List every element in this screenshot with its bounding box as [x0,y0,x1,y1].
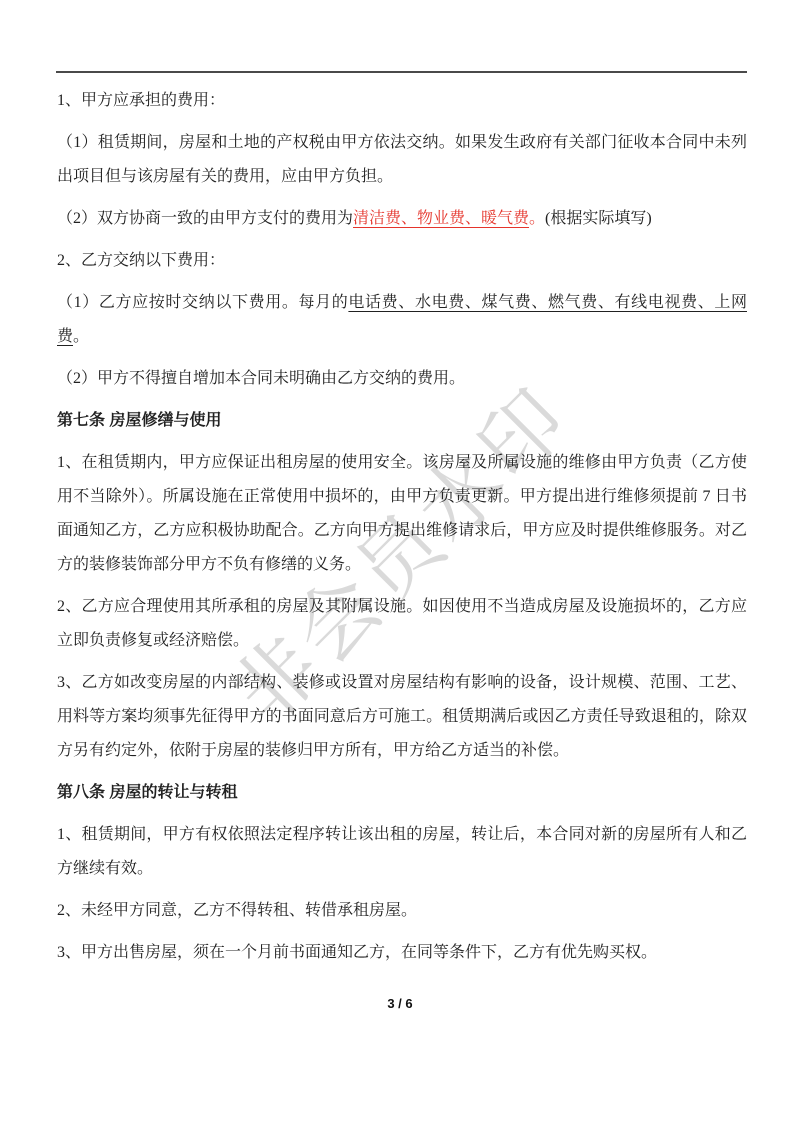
paragraph: 2、乙方交纳以下费用： [57,244,747,278]
page-number: 3 / 6 [0,996,800,1011]
header-rule [56,71,747,73]
paragraph: 1、租赁期间，甲方有权依照法定程序转让该出租的房屋，转让后，本合同对新的房屋所有… [57,818,747,886]
text-run: 第八条 房屋的转让与转租 [57,784,237,801]
text-run: 。 [73,328,89,345]
text-run: 1、甲方应承担的费用： [57,92,225,109]
section-heading: 第七条 房屋修缮与使用 [57,404,747,438]
text-run: 2、未经甲方同意，乙方不得转租、转借承租房屋。 [57,902,417,919]
text-run: 2、乙方交纳以下费用： [57,252,225,269]
paragraph: 2、未经甲方同意，乙方不得转租、转借承租房屋。 [57,894,747,928]
paragraph: 3、乙方如改变房屋的内部结构、装修或设置对房屋结构有影响的设备，设计规模、范围、… [57,666,747,768]
text-run: 3、甲方出售房屋，须在一个月前书面通知乙方，在同等条件下，乙方有优先购买权。 [57,944,657,961]
text-run: 第七条 房屋修缮与使用 [57,412,221,429]
text-run: 1、租赁期间，甲方有权依照法定程序转让该出租的房屋，转让后，本合同对新的房屋所有… [57,826,747,877]
text-run: （1）乙方应按时交纳以下费用。每月的 [57,294,348,311]
filled-in-blank-text: 清洁费、物业费、暖气费 [353,210,529,227]
section-heading: 第八条 房屋的转让与转租 [57,776,747,810]
paragraph: 3、甲方出售房屋，须在一个月前书面通知乙方，在同等条件下，乙方有优先购买权。 [57,936,747,970]
contract-document-page: 非会员水印 1、甲方应承担的费用：（1）租赁期间，房屋和土地的产权税由甲方依法交… [0,0,800,1131]
document-body: 1、甲方应承担的费用：（1）租赁期间，房屋和土地的产权税由甲方依法交纳。如果发生… [57,84,747,978]
paragraph: （1）租赁期间，房屋和土地的产权税由甲方依法交纳。如果发生政府有关部门征收本合同… [57,126,747,194]
text-run: （1）租赁期间，房屋和土地的产权税由甲方依法交纳。如果发生政府有关部门征收本合同… [57,134,747,185]
text-run: 2、乙方应合理使用其所承租的房屋及其附属设施。如因使用不当造成房屋及设施损坏的，… [57,598,747,649]
text-run: 1、在租赁期内，甲方应保证出租房屋的使用安全。该房屋及所属设施的维修由甲方负责（… [57,454,747,573]
paragraph: （2）甲方不得擅自增加本合同未明确由乙方交纳的费用。 [57,362,747,396]
paragraph: 2、乙方应合理使用其所承租的房屋及其附属设施。如因使用不当造成房屋及设施损坏的，… [57,590,747,658]
text-run: (根据实际填写) [545,210,652,227]
text-run: 3、乙方如改变房屋的内部结构、装修或设置对房屋结构有影响的设备，设计规模、范围、… [57,674,747,759]
text-run: 。 [529,210,545,227]
text-run: （2）甲方不得擅自增加本合同未明确由乙方交纳的费用。 [57,370,465,387]
paragraph: （1）乙方应按时交纳以下费用。每月的电话费、水电费、煤气费、燃气费、有线电视费、… [57,286,747,354]
paragraph: （2）双方协商一致的由甲方支付的费用为清洁费、物业费、暖气费。(根据实际填写) [57,202,747,236]
text-run: （2）双方协商一致的由甲方支付的费用为 [57,210,353,227]
paragraph: 1、在租赁期内，甲方应保证出租房屋的使用安全。该房屋及所属设施的维修由甲方负责（… [57,446,747,582]
paragraph: 1、甲方应承担的费用： [57,84,747,118]
